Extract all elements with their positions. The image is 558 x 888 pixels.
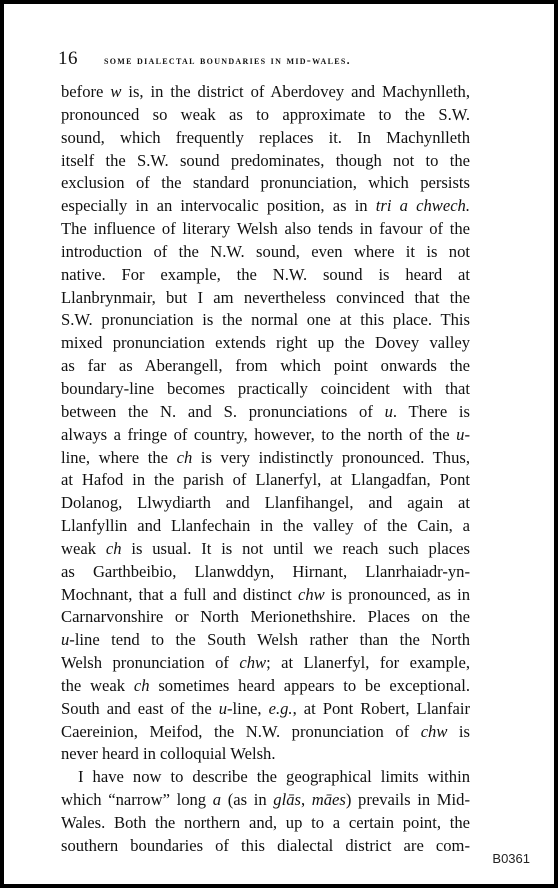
text-segment: -line, xyxy=(227,699,269,718)
text-segment: mixed pronunciation extends right up the… xyxy=(61,333,470,352)
text-segment: - xyxy=(464,425,470,444)
text-line: boundary-line becomes practically coinci… xyxy=(61,378,470,401)
text-line: Llanbrynmair, but I am nevertheless conv… xyxy=(61,287,470,310)
text-segment: Dolanog, Llwydiarth and Llanfihangel, an… xyxy=(61,493,470,512)
text-line: u-line tend to the South Welsh rather th… xyxy=(61,629,470,652)
italic-term: tri a chwech. xyxy=(376,196,470,215)
text-segment: , at Pont Robert, Llanfair xyxy=(293,699,470,718)
italic-term: glās xyxy=(273,790,301,809)
text-segment: line, where the xyxy=(61,448,177,467)
text-segment: Wales. Both the northern and, up to a ce… xyxy=(61,813,470,832)
text-segment: sound, which frequently replaces it. In … xyxy=(61,128,470,147)
italic-term: chw xyxy=(239,653,266,672)
italic-term: u xyxy=(385,402,393,421)
italic-term: māes xyxy=(312,790,346,809)
italic-term: e.g. xyxy=(269,699,293,718)
running-header: 16 SOME DIALECTAL BOUNDARIES IN MID-WALE… xyxy=(58,48,498,72)
text-line: sound, which frequently replaces it. In … xyxy=(61,127,470,150)
text-line: which “narrow” long a (as in glās, māes)… xyxy=(61,789,470,812)
text-line: Welsh pronunciation of chw; at Llanerfyl… xyxy=(61,652,470,675)
text-line: I have now to describe the geographical … xyxy=(61,766,470,789)
text-line: Wales. Both the northern and, up to a ce… xyxy=(61,812,470,835)
text-segment: never heard in colloquial Welsh. xyxy=(61,744,275,763)
text-segment: ) prevails in Mid- xyxy=(346,790,470,809)
italic-term: ch xyxy=(106,539,122,558)
running-title: SOME DIALECTAL BOUNDARIES IN MID-WALES. xyxy=(104,53,351,68)
text-line: Carnarvonshire or North Merionethshire. … xyxy=(61,606,470,629)
text-segment: especially in an intervocalic position, … xyxy=(61,196,376,215)
text-segment: southern boundaries of this dialectal di… xyxy=(61,836,470,855)
text-segment: between the N. and S. pronunciations of xyxy=(61,402,385,421)
text-segment: which “narrow” long xyxy=(61,790,213,809)
text-segment: is usual. It is not until we reach such … xyxy=(122,539,470,558)
text-line: Llanfyllin and Llanfechain in the valley… xyxy=(61,515,470,538)
text-line: native. For example, the N.W. sound is h… xyxy=(61,264,470,287)
text-segment: . There is xyxy=(393,402,470,421)
text-segment: at Hafod in the parish of Llanerfyl, at … xyxy=(61,470,470,489)
page-number: 16 xyxy=(58,48,78,70)
text-segment: Llanbrynmair, but I am nevertheless conv… xyxy=(61,288,470,307)
text-line: Dolanog, Llwydiarth and Llanfihangel, an… xyxy=(61,492,470,515)
text-segment: Llanfyllin and Llanfechain in the valley… xyxy=(61,516,470,535)
text-segment: South and east of the xyxy=(61,699,219,718)
text-line: S.W. pronunciation is the normal one at … xyxy=(61,309,470,332)
text-segment: (as in xyxy=(221,790,273,809)
text-line: between the N. and S. pronunciations of … xyxy=(61,401,470,424)
italic-term: w xyxy=(110,82,121,101)
text-segment: The influence of literary Welsh also ten… xyxy=(61,219,470,238)
italic-term: u xyxy=(219,699,227,718)
italic-term: a xyxy=(213,790,221,809)
italic-term: chw xyxy=(298,585,325,604)
text-line: as far as Aberangell, from which point o… xyxy=(61,355,470,378)
text-segment: I have now to describe the geographical … xyxy=(78,767,470,786)
text-segment: introduction of the N.W. sound, even whe… xyxy=(61,242,470,261)
text-line: before w is, in the district of Aberdove… xyxy=(61,81,470,104)
text-line: especially in an intervocalic position, … xyxy=(61,195,470,218)
text-segment: is very indistinctly pronounced. Thus, xyxy=(192,448,470,467)
catalog-code: B0361 xyxy=(492,851,530,866)
text-segment: before xyxy=(61,82,110,101)
text-line: at Hafod in the parish of Llanerfyl, at … xyxy=(61,469,470,492)
italic-term: ch xyxy=(134,676,150,695)
text-line: Mochnant, that a full and distinct chw i… xyxy=(61,584,470,607)
text-line: introduction of the N.W. sound, even whe… xyxy=(61,241,470,264)
text-line: as Garthbeibio, Llanwddyn, Hirnant, Llan… xyxy=(61,561,470,584)
text-line: mixed pronunciation extends right up the… xyxy=(61,332,470,355)
text-segment: native. For example, the N.W. sound is h… xyxy=(61,265,470,284)
text-segment: Mochnant, that a full and distinct xyxy=(61,585,298,604)
text-segment: -line tend to the South Welsh rather tha… xyxy=(69,630,470,649)
text-segment: pronounced so weak as to approximate to … xyxy=(61,105,470,124)
text-segment: as far as Aberangell, from which point o… xyxy=(61,356,470,375)
text-segment: Carnarvonshire or North Merionethshire. … xyxy=(61,607,470,626)
text-line: weak ch is usual. It is not until we rea… xyxy=(61,538,470,561)
text-line: southern boundaries of this dialectal di… xyxy=(61,835,470,858)
text-segment: as Garthbeibio, Llanwddyn, Hirnant, Llan… xyxy=(61,562,470,581)
text-segment: weak xyxy=(61,539,106,558)
italic-term: chw xyxy=(421,722,448,741)
text-segment: , xyxy=(301,790,312,809)
text-line: itself the S.W. sound predominates, thou… xyxy=(61,150,470,173)
text-segment: itself the S.W. sound predominates, thou… xyxy=(61,151,470,170)
text-segment: S.W. pronunciation is the normal one at … xyxy=(61,310,470,329)
text-segment: exclusion of the standard pronunciation,… xyxy=(61,173,470,192)
book-page: 16 SOME DIALECTAL BOUNDARIES IN MID-WALE… xyxy=(4,4,554,884)
text-segment: boundary-line becomes practically coinci… xyxy=(61,379,470,398)
text-segment: Caereinion, Meifod, the N.W. pronunciati… xyxy=(61,722,421,741)
text-segment: Welsh pronunciation of xyxy=(61,653,239,672)
text-segment: ; at Llanerfyl, for example, xyxy=(266,653,470,672)
body-text: before w is, in the district of Aberdove… xyxy=(61,81,470,858)
text-line: South and east of the u-line, e.g., at P… xyxy=(61,698,470,721)
text-segment: always a fringe of country, however, to … xyxy=(61,425,456,444)
text-segment: is pronounced, as in xyxy=(325,585,470,604)
text-line: always a fringe of country, however, to … xyxy=(61,424,470,447)
italic-term: ch xyxy=(177,448,193,467)
text-line: never heard in colloquial Welsh. xyxy=(61,743,470,766)
text-line: the weak ch sometimes heard appears to b… xyxy=(61,675,470,698)
text-line: line, where the ch is very indistinctly … xyxy=(61,447,470,470)
text-line: Caereinion, Meifod, the N.W. pronunciati… xyxy=(61,721,470,744)
text-line: The influence of literary Welsh also ten… xyxy=(61,218,470,241)
text-segment: the weak xyxy=(61,676,134,695)
text-line: exclusion of the standard pronunciation,… xyxy=(61,172,470,195)
text-segment: sometimes heard appears to be exceptiona… xyxy=(150,676,470,695)
text-segment: is xyxy=(447,722,470,741)
text-segment: is, in the district of Aberdovey and Mac… xyxy=(121,82,470,101)
text-line: pronounced so weak as to approximate to … xyxy=(61,104,470,127)
